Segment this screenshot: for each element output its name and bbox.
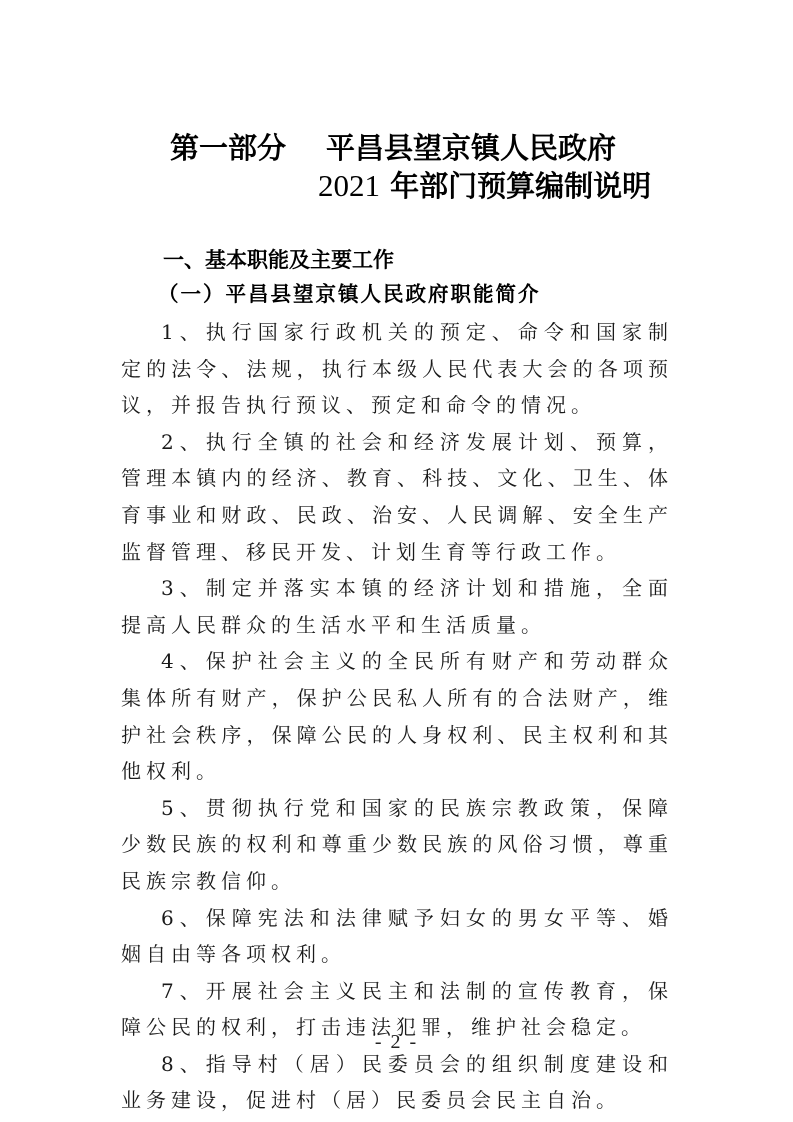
document-title-line-1: 第一部分平昌县望京镇人民政府 — [170, 130, 616, 166]
budget-year: 2021 — [318, 168, 380, 203]
paragraph-item-8: 8、指导村（居）民委员会的组织制度建设和业务建设，促进村（居）民委员会民主自治。 — [121, 1046, 673, 1119]
section-heading: 一、基本职能及主要工作 — [163, 246, 394, 274]
paragraph-item-4: 4、保护社会主义的全民所有财产和劳动群众集体所有财产，保护公民私人所有的合法财产… — [121, 643, 673, 789]
paragraph-item-3: 3、制定并落实本镇的经济计划和措施，全面提高人民群众的生活水平和生活质量。 — [121, 570, 673, 643]
paragraph-item-2: 2、执行全镇的社会和经济发展计划、预算，管理本镇内的经济、教育、科技、文化、卫生… — [121, 424, 673, 570]
title-subject: 年部门预算编制说明 — [390, 169, 651, 203]
paragraph-item-5: 5、贯彻执行党和国家的民族宗教政策，保障少数民族的权利和尊重少数民族的风俗习惯，… — [121, 790, 673, 900]
page-number: - 2 - — [0, 1030, 793, 1054]
document-title-line-2: 2021 年部门预算编制说明 — [318, 168, 651, 204]
document-page: 第一部分平昌县望京镇人民政府 2021 年部门预算编制说明 一、基本职能及主要工… — [0, 0, 793, 1122]
paragraph-item-1: 1、执行国家行政机关的预定、命令和国家制定的法令、法规，执行本级人民代表大会的各… — [121, 314, 673, 424]
paragraph-item-6: 6、保障宪法和法律赋予妇女的男女平等、婚姻自由等各项权利。 — [121, 900, 673, 973]
sub-heading: （一）平昌县望京镇人民政府职能简介 — [158, 280, 541, 308]
part-label: 第一部分 — [170, 131, 286, 165]
body-text: 1、执行国家行政机关的预定、命令和国家制定的法令、法规，执行本级人民代表大会的各… — [121, 314, 673, 1119]
organization-name: 平昌县望京镇人民政府 — [326, 131, 616, 165]
